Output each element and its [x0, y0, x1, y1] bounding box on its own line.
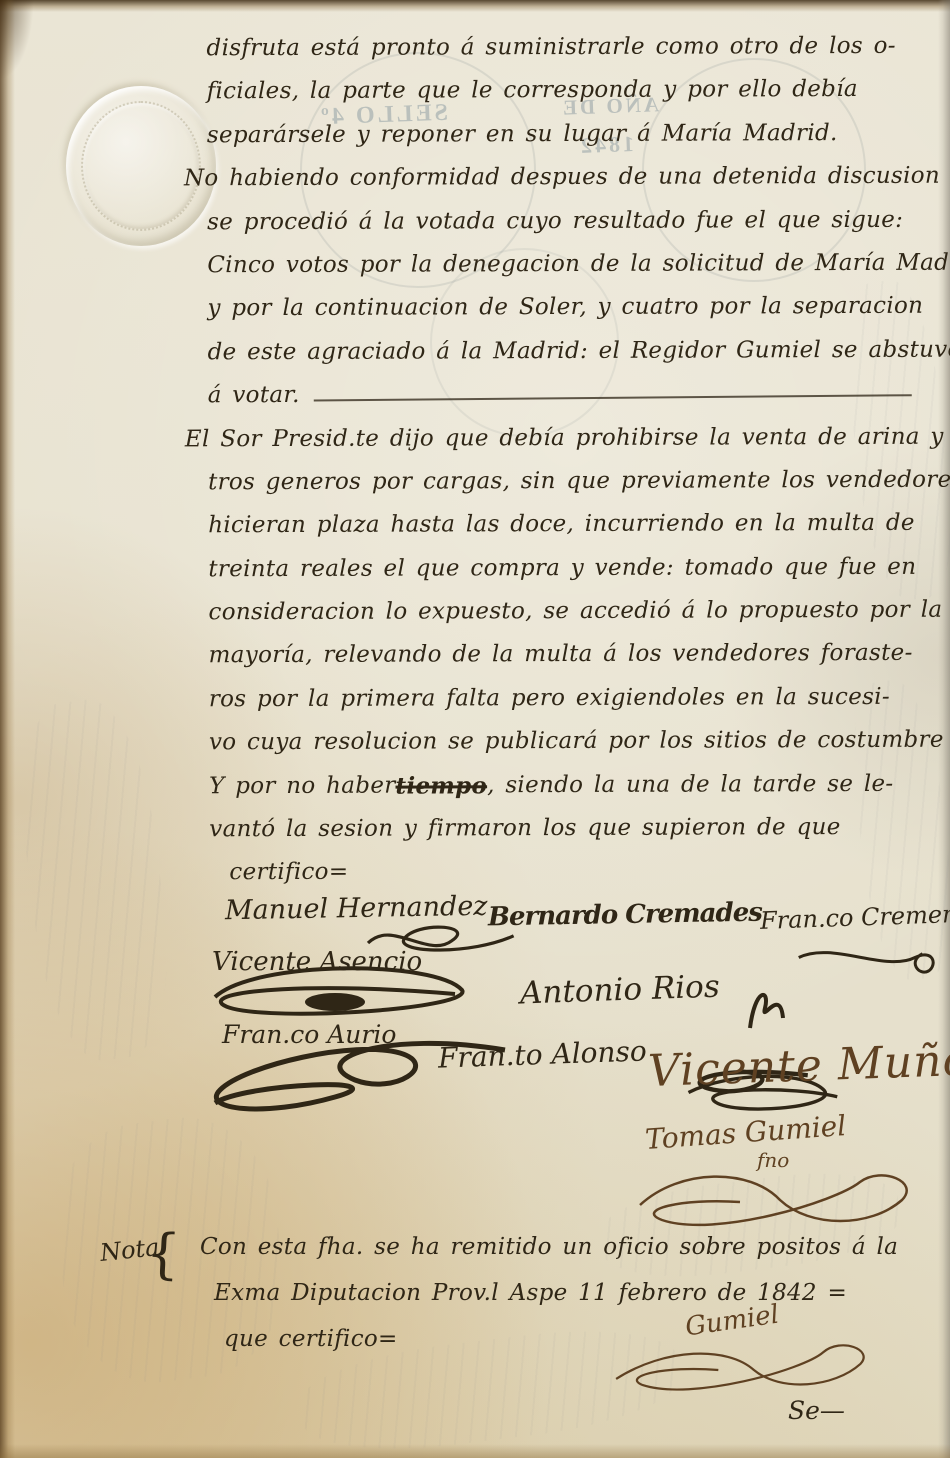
body-line: se procedió á la votada cuyo resultado f…: [207, 206, 921, 252]
signature-rubric: [795, 935, 945, 980]
signature-tomas-gumiel: Tomas Gumiel: [644, 1109, 847, 1156]
body-line: Cinco votos por la denegacion de la soli…: [207, 250, 921, 296]
note-body: Con esta fha. se ha remitido un oficio s…: [200, 1234, 898, 1372]
ink-rule-line: [314, 394, 912, 401]
signature-bernardo-cremades: Bernardo Cremades: [488, 898, 762, 933]
signature-vicente-munoz: Vicente Muñoz: [647, 1034, 950, 1097]
body-line: ros por la primera falta pero exigiendol…: [209, 684, 923, 730]
body-line: separársele y reponer en su lugar á Marí…: [207, 120, 921, 166]
signature-franco-aurio: Fran.co Aurio: [222, 1020, 396, 1049]
body-line: vo cuya resolucion se publicará por los …: [209, 727, 923, 773]
struck-word: tiempo: [395, 772, 487, 799]
body-line: vantó la sesion y firmaron los que supie…: [209, 814, 923, 860]
body-line: de este agraciado á la Madrid: el Regido…: [208, 336, 922, 382]
body-line: consideracion lo expuesto, se accedió á …: [208, 597, 922, 643]
page-binding-edge: [0, 0, 15, 1458]
manuscript-body: disfruta está pronto á suministrarle com…: [206, 33, 923, 903]
signature-antonio-rios: Antonio Rios: [519, 969, 720, 1012]
body-line-struck-word: Y por no haber tiempo, siendo la una de …: [209, 770, 923, 816]
body-line: No habiendo conformidad despues de una d…: [184, 163, 921, 209]
signature-franto-alonso: Fran.to Alonso: [437, 1034, 647, 1074]
page-corner-stain: [0, 0, 34, 80]
signature-suffix: fno: [757, 1148, 789, 1172]
body-line: treinta reales el que compra y vende: to…: [208, 553, 922, 599]
body-line: ficiales, la parte que le corresponda y …: [207, 76, 921, 122]
body-line: hicieran plaza hasta las doce, incurrien…: [208, 510, 922, 556]
body-line: y por la continuacion de Soler, y cuatro…: [207, 293, 921, 339]
manuscript-page: SELLO 4º AÑO DE 1842 disfruta está pront…: [0, 0, 950, 1458]
note-line: que certifico=: [224, 1326, 898, 1372]
note-line: Con esta fha. se ha remitido un oficio s…: [200, 1234, 898, 1280]
catchword: Se—: [788, 1396, 845, 1425]
body-line-with-rule: á votar.: [208, 380, 922, 426]
body-line: disfruta está pronto á suministrarle com…: [206, 33, 920, 79]
note-brace: {: [144, 1221, 182, 1286]
page-bottom-edge: [0, 1444, 950, 1458]
body-line: El Sor Presid.te dijo que debía prohibir…: [185, 423, 922, 469]
verso-showthrough: [9, 693, 182, 1066]
note-line: Exma Diputacion Prov.l Aspe 11 febrero d…: [214, 1280, 898, 1326]
signature-manuel-hernandez: Manuel Hernandez: [225, 891, 488, 927]
body-line: tros generos por cargas, sin que previam…: [208, 467, 922, 513]
page-top-edge: [0, 0, 950, 12]
signature-vicente-asencio: Vicente Asencio: [212, 947, 422, 977]
signature-franco-cremenes: Fran.co Cremenes: [760, 899, 950, 935]
signature-rubric: [735, 978, 795, 1038]
body-line: mayoría, relevando de la multa á los ven…: [209, 640, 923, 686]
